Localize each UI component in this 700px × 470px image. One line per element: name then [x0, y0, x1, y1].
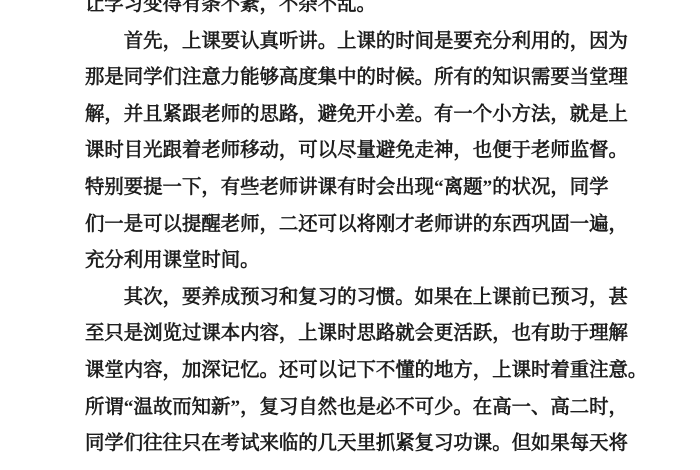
- text-line: 同学们往往只在考试来临的几天里抓紧复习功课。但如果每天将: [85, 426, 631, 463]
- text-line: 所谓“温故而知新”，复习自然也是必不可少。在高一、高二时，: [85, 390, 631, 427]
- text-line: 那是同学们注意力能够高度集中的时候。所有的知识需要当堂理: [85, 60, 631, 97]
- text-line: 首先，上课要认真听讲。上课的时间是要充分利用的，因为: [85, 24, 631, 61]
- text-line: 课时目光跟着老师移动，可以尽量避免走神，也便于老师监督。: [85, 133, 631, 170]
- text-line: 充分利用课堂时间。: [85, 243, 631, 280]
- text-line: 特别要提一下，有些老师讲课有时会出现“离题”的状况，同学: [85, 170, 631, 207]
- text-line: 们一是可以提醒老师，二还可以将刚才老师讲的东西巩固一遍，: [85, 207, 631, 244]
- text-line: 课堂内容，加深记忆。还可以记下不懂的地方，上课时着重注意。: [85, 353, 631, 390]
- document-page: 让学习变得有条不紊，不杂不乱。 首先，上课要认真听讲。上课的时间是要充分利用的，…: [0, 0, 700, 470]
- document-text-block: 让学习变得有条不紊，不杂不乱。 首先，上课要认真听讲。上课的时间是要充分利用的，…: [85, 0, 631, 463]
- text-line: 至只是浏览过课本内容，上课时思路就会更活跃，也有助于理解: [85, 316, 631, 353]
- text-line: 其次，要养成预习和复习的习惯。如果在上课前已预习，甚: [85, 280, 631, 317]
- text-line: 让学习变得有条不紊，不杂不乱。: [85, 0, 631, 24]
- text-line: 解，并且紧跟老师的思路，避免开小差。有一个小方法，就是上: [85, 97, 631, 134]
